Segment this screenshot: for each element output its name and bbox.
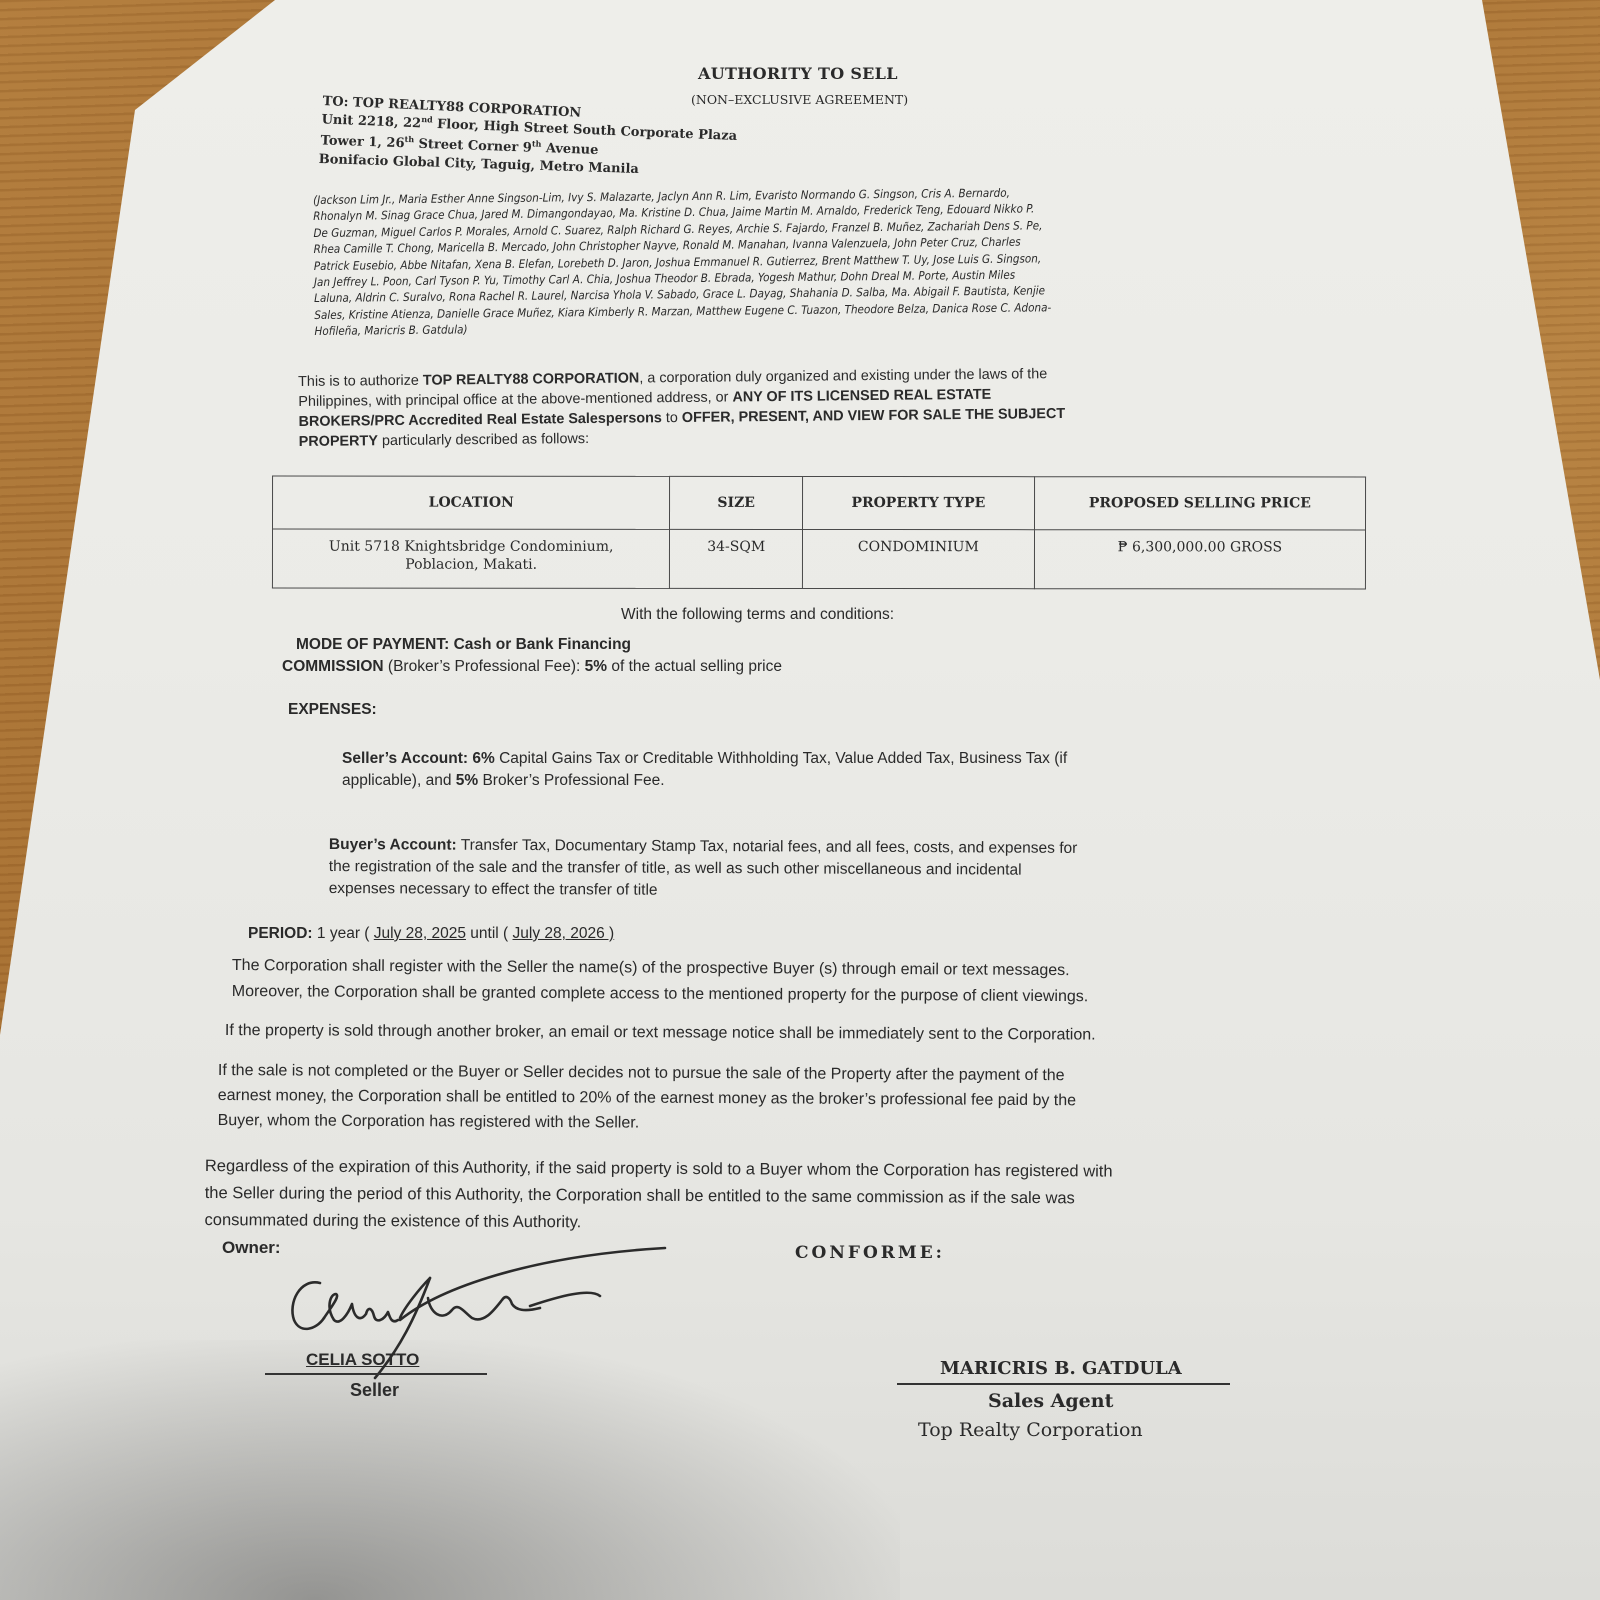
seller-name: CELIA SOTTO xyxy=(306,1350,419,1370)
table-header-row: LOCATION SIZE PROPERTY TYPE PROPOSED SEL… xyxy=(273,476,1366,530)
paper-document: AUTHORITY TO SELL (NON–EXCLUSIVE AGREEME… xyxy=(0,0,1600,1600)
authorized-agents-list: (Jackson Lim Jr., Maria Esther Anne Sing… xyxy=(313,182,1314,340)
authorization-paragraph: This is to authorize TOP REALTY88 CORPOR… xyxy=(298,361,1319,452)
buyer-account: Buyer’s Account: Transfer Tax, Documenta… xyxy=(329,834,1078,904)
mode-of-payment: MODE OF PAYMENT: Cash or Bank Financing xyxy=(296,636,631,654)
seller-signature-line xyxy=(265,1373,487,1375)
seller-account: Seller’s Account: 6% Capital Gains Tax o… xyxy=(342,748,1067,792)
header-location: LOCATION xyxy=(273,476,670,529)
regardless-paragraph: Regardless of the expiration of this Aut… xyxy=(205,1153,1113,1240)
period: PERIOD: 1 year ( July 28, 2025 until ( J… xyxy=(248,925,614,943)
expenses-heading: EXPENSES: xyxy=(288,701,377,719)
agent-name: MARICRIS B. GATDULA xyxy=(940,1358,1182,1379)
document-title: AUTHORITY TO SELL xyxy=(698,64,898,83)
cell-price: ₱ 6,300,000.00 GROSS xyxy=(1034,530,1365,589)
sale-not-completed-paragraph: If the sale is not completed or the Buye… xyxy=(218,1058,1077,1138)
conforme-label: CONFORME: xyxy=(795,1243,945,1263)
agent-company: Top Realty Corporation xyxy=(918,1419,1143,1441)
terms-intro: With the following terms and conditions: xyxy=(621,606,894,624)
other-broker-paragraph: If the property is sold through another … xyxy=(225,1022,1096,1045)
agent-role: Sales Agent xyxy=(988,1390,1113,1412)
document-subtitle: (NON–EXCLUSIVE AGREEMENT) xyxy=(691,92,908,107)
seller-role: Seller xyxy=(350,1380,399,1401)
header-size: SIZE xyxy=(670,476,803,529)
register-paragraph: The Corporation shall register with the … xyxy=(232,953,1089,1010)
agent-signature-line xyxy=(897,1383,1230,1385)
property-table: LOCATION SIZE PROPERTY TYPE PROPOSED SEL… xyxy=(272,476,1366,590)
commission: COMMISSION (Broker’s Professional Fee): … xyxy=(282,658,782,676)
owner-label: Owner: xyxy=(222,1238,281,1258)
period-start-date: July 28, 2025 xyxy=(374,925,466,942)
cell-size: 34-SQM xyxy=(670,529,803,588)
cell-location: Unit 5718 Knightsbridge Condominium,Pobl… xyxy=(272,529,670,588)
cell-property-type: CONDOMINIUM xyxy=(802,529,1034,588)
header-property-type: PROPERTY TYPE xyxy=(802,476,1034,529)
table-row: Unit 5718 Knightsbridge Condominium,Pobl… xyxy=(272,529,1365,589)
period-end-date: July 28, 2026 ) xyxy=(513,925,615,942)
header-proposed-price: PROPOSED SELLING PRICE xyxy=(1034,477,1365,530)
